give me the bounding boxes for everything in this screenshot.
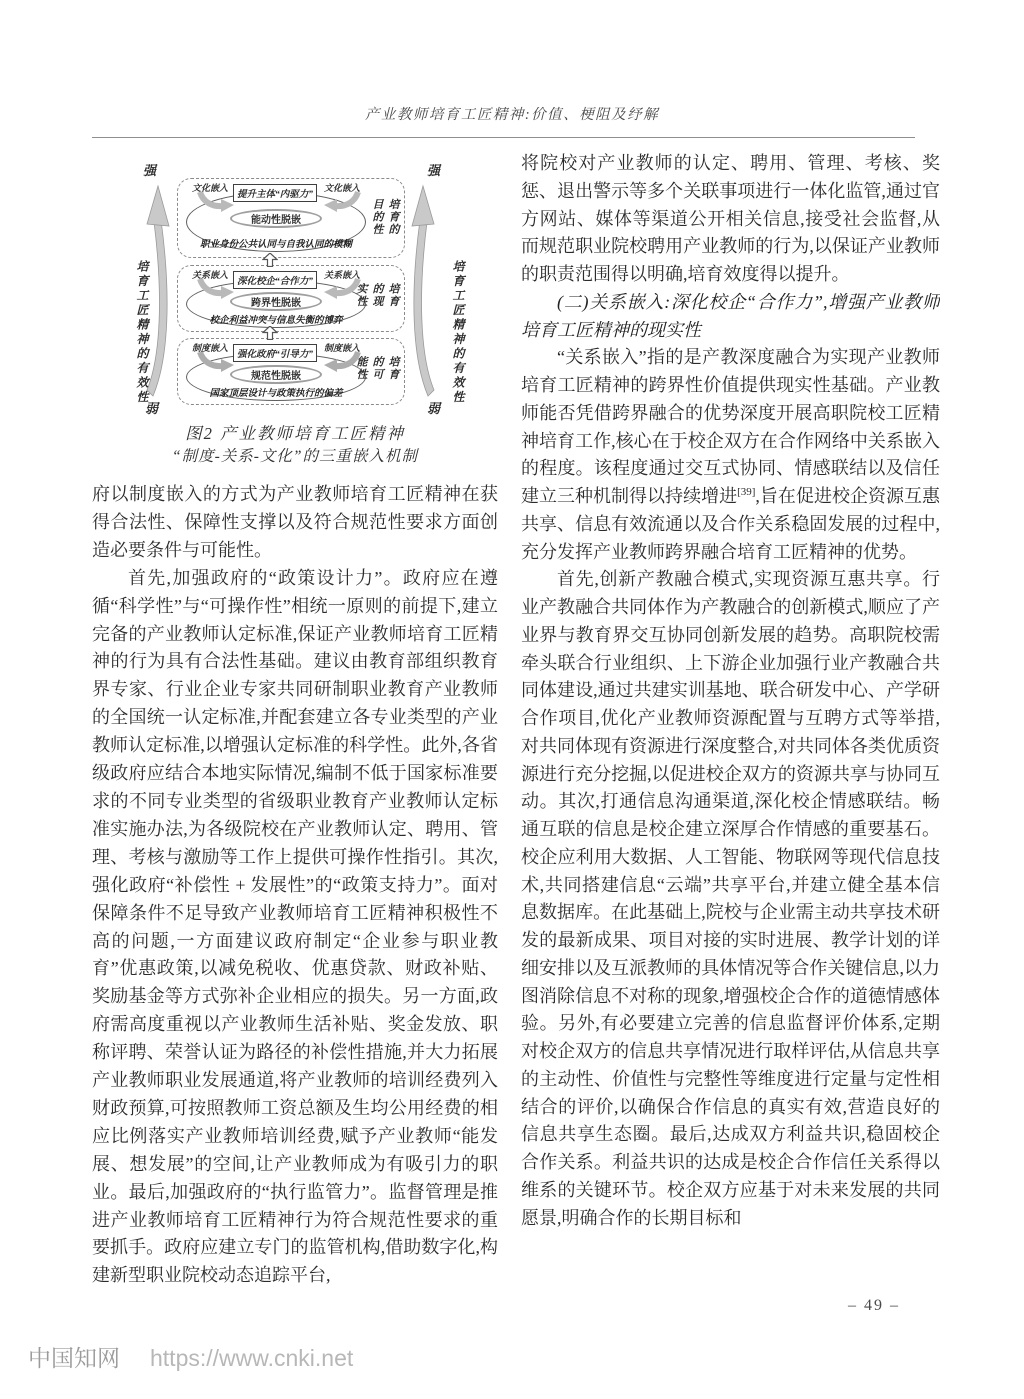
purpose-label: 培育的目的性 bbox=[369, 199, 401, 238]
inner-drive-box: 提升主体“内驱力” bbox=[233, 184, 317, 202]
figure-caption: 图2 产业教师培育工匠精神 “制度-关系-文化”的三重嵌入机制 bbox=[92, 422, 498, 468]
up-arrow-icon bbox=[262, 326, 278, 340]
culture-box-bottom-text: 职业身份公共认同与自我认同的模糊 bbox=[178, 236, 374, 250]
right-paragraph-relation-embedding: “关系嵌入”指的是产教深度融合为实现产业教师培育工匠精神的跨界性价值提供现实性基… bbox=[521, 344, 940, 566]
figure-caption-line1: 图2 产业教师培育工匠精神 bbox=[92, 422, 498, 445]
right-upward-arrow-icon bbox=[404, 174, 442, 402]
paper-page: 产业教师培育工匠精神:价值、梗阻及纾解 强 培育工匠精神的有效性 弱 强 培育工… bbox=[0, 0, 1024, 1399]
institution-embed-label-right: 制度嵌入 bbox=[324, 341, 360, 354]
culture-embed-label-left: 文化嵌入 bbox=[192, 181, 228, 194]
cnki-url: https://www.cnki.net bbox=[150, 1345, 353, 1371]
figure-2-diagram: 强 培育工匠精神的有效性 弱 强 培育工匠精神的有效性 弱 文化嵌入 文化嵌入 bbox=[133, 160, 468, 415]
right-paragraph-continuation: 将院校对产业教师的认定、聘用、管理、考核、奖惩、退出警示等多个关联事项进行一体化… bbox=[521, 150, 940, 289]
left-column: 府以制度嵌入的方式为产业教师培育工匠精神在获得合法性、保障性支撑以及符合规范性要… bbox=[92, 481, 498, 1295]
cooperation-box: 深化校企“合作力” bbox=[233, 271, 317, 289]
right-effectiveness-label: 培育工匠精神的有效性 bbox=[450, 260, 467, 405]
relation-box-bottom-text: 校企利益冲突与信息失衡的博弈 bbox=[178, 312, 374, 326]
relation-embedding-text: “关系嵌入”指的是产教深度融合为实现产业教师培育工匠精神的跨界性价值提供现实性基… bbox=[521, 347, 940, 506]
left-scale-weak-label: 弱 bbox=[145, 398, 158, 417]
citation-39: [39] bbox=[737, 486, 755, 498]
header-rule bbox=[92, 137, 915, 138]
page-number: – 49 – bbox=[848, 1297, 900, 1315]
culture-embedding-box: 文化嵌入 文化嵌入 提升主体“内驱力” 能动性脱嵌 职业身份公共认同与自我认同的… bbox=[177, 178, 405, 258]
left-effectiveness-label: 培育工匠精神的有效性 bbox=[134, 260, 151, 405]
crossborder-disembedding-ellipse: 跨界性脱嵌 bbox=[230, 292, 322, 311]
cnki-site-name: 中国知网 bbox=[28, 1345, 120, 1371]
normative-disembedding-ellipse: 规范性脱嵌 bbox=[230, 365, 322, 384]
relation-embedding-box: 关系嵌入 关系嵌入 深化校企“合作力” 跨界性脱嵌 校企利益冲突与信息失衡的博弈… bbox=[177, 265, 405, 332]
left-paragraph-policy-design: 首先,加强政府的“政策设计力”。政府应在遵循“科学性”与“可操作性”相统一原则的… bbox=[92, 565, 498, 1291]
relation-embed-label-left: 关系嵌入 bbox=[192, 268, 228, 281]
subsection-heading: (二)关系嵌入:深化校企“合作力”,增强产业教师培育工匠精神的现实性 bbox=[521, 289, 940, 345]
relation-embed-label-right: 关系嵌入 bbox=[324, 268, 360, 281]
guidance-box: 强化政府“引导力” bbox=[233, 344, 317, 362]
cnki-watermark: 中国知网https://www.cnki.net bbox=[28, 1340, 353, 1373]
right-paragraph-integration-model: 首先,创新产教融合模式,实现资源互惠共享。行业产教融合共同体作为产教融合的创新模… bbox=[521, 566, 940, 1232]
agency-disembedding-ellipse: 能动性脱嵌 bbox=[230, 209, 322, 228]
right-column: 将院校对产业教师的认定、聘用、管理、考核、奖惩、退出警示等多个关联事项进行一体化… bbox=[521, 150, 940, 1294]
left-paragraph-continuation: 府以制度嵌入的方式为产业教师培育工匠精神在获得合法性、保障性支撑以及符合规范性要… bbox=[92, 481, 498, 565]
figure-caption-line2: “制度-关系-文化”的三重嵌入机制 bbox=[92, 445, 498, 468]
up-arrow-icon bbox=[262, 253, 278, 267]
culture-embed-label-right: 文化嵌入 bbox=[324, 181, 360, 194]
running-header: 产业教师培育工匠精神:价值、梗阻及纾解 bbox=[0, 103, 1024, 124]
institution-box-bottom-text: 国家顶层设计与政策执行的偏差 bbox=[178, 385, 374, 399]
institution-embedding-box: 制度嵌入 制度嵌入 强化政府“引导力” 规范性脱嵌 国家顶层设计与政策执行的偏差… bbox=[177, 338, 405, 405]
institution-embed-label-left: 制度嵌入 bbox=[192, 341, 228, 354]
right-scale-weak-label: 弱 bbox=[427, 398, 440, 417]
